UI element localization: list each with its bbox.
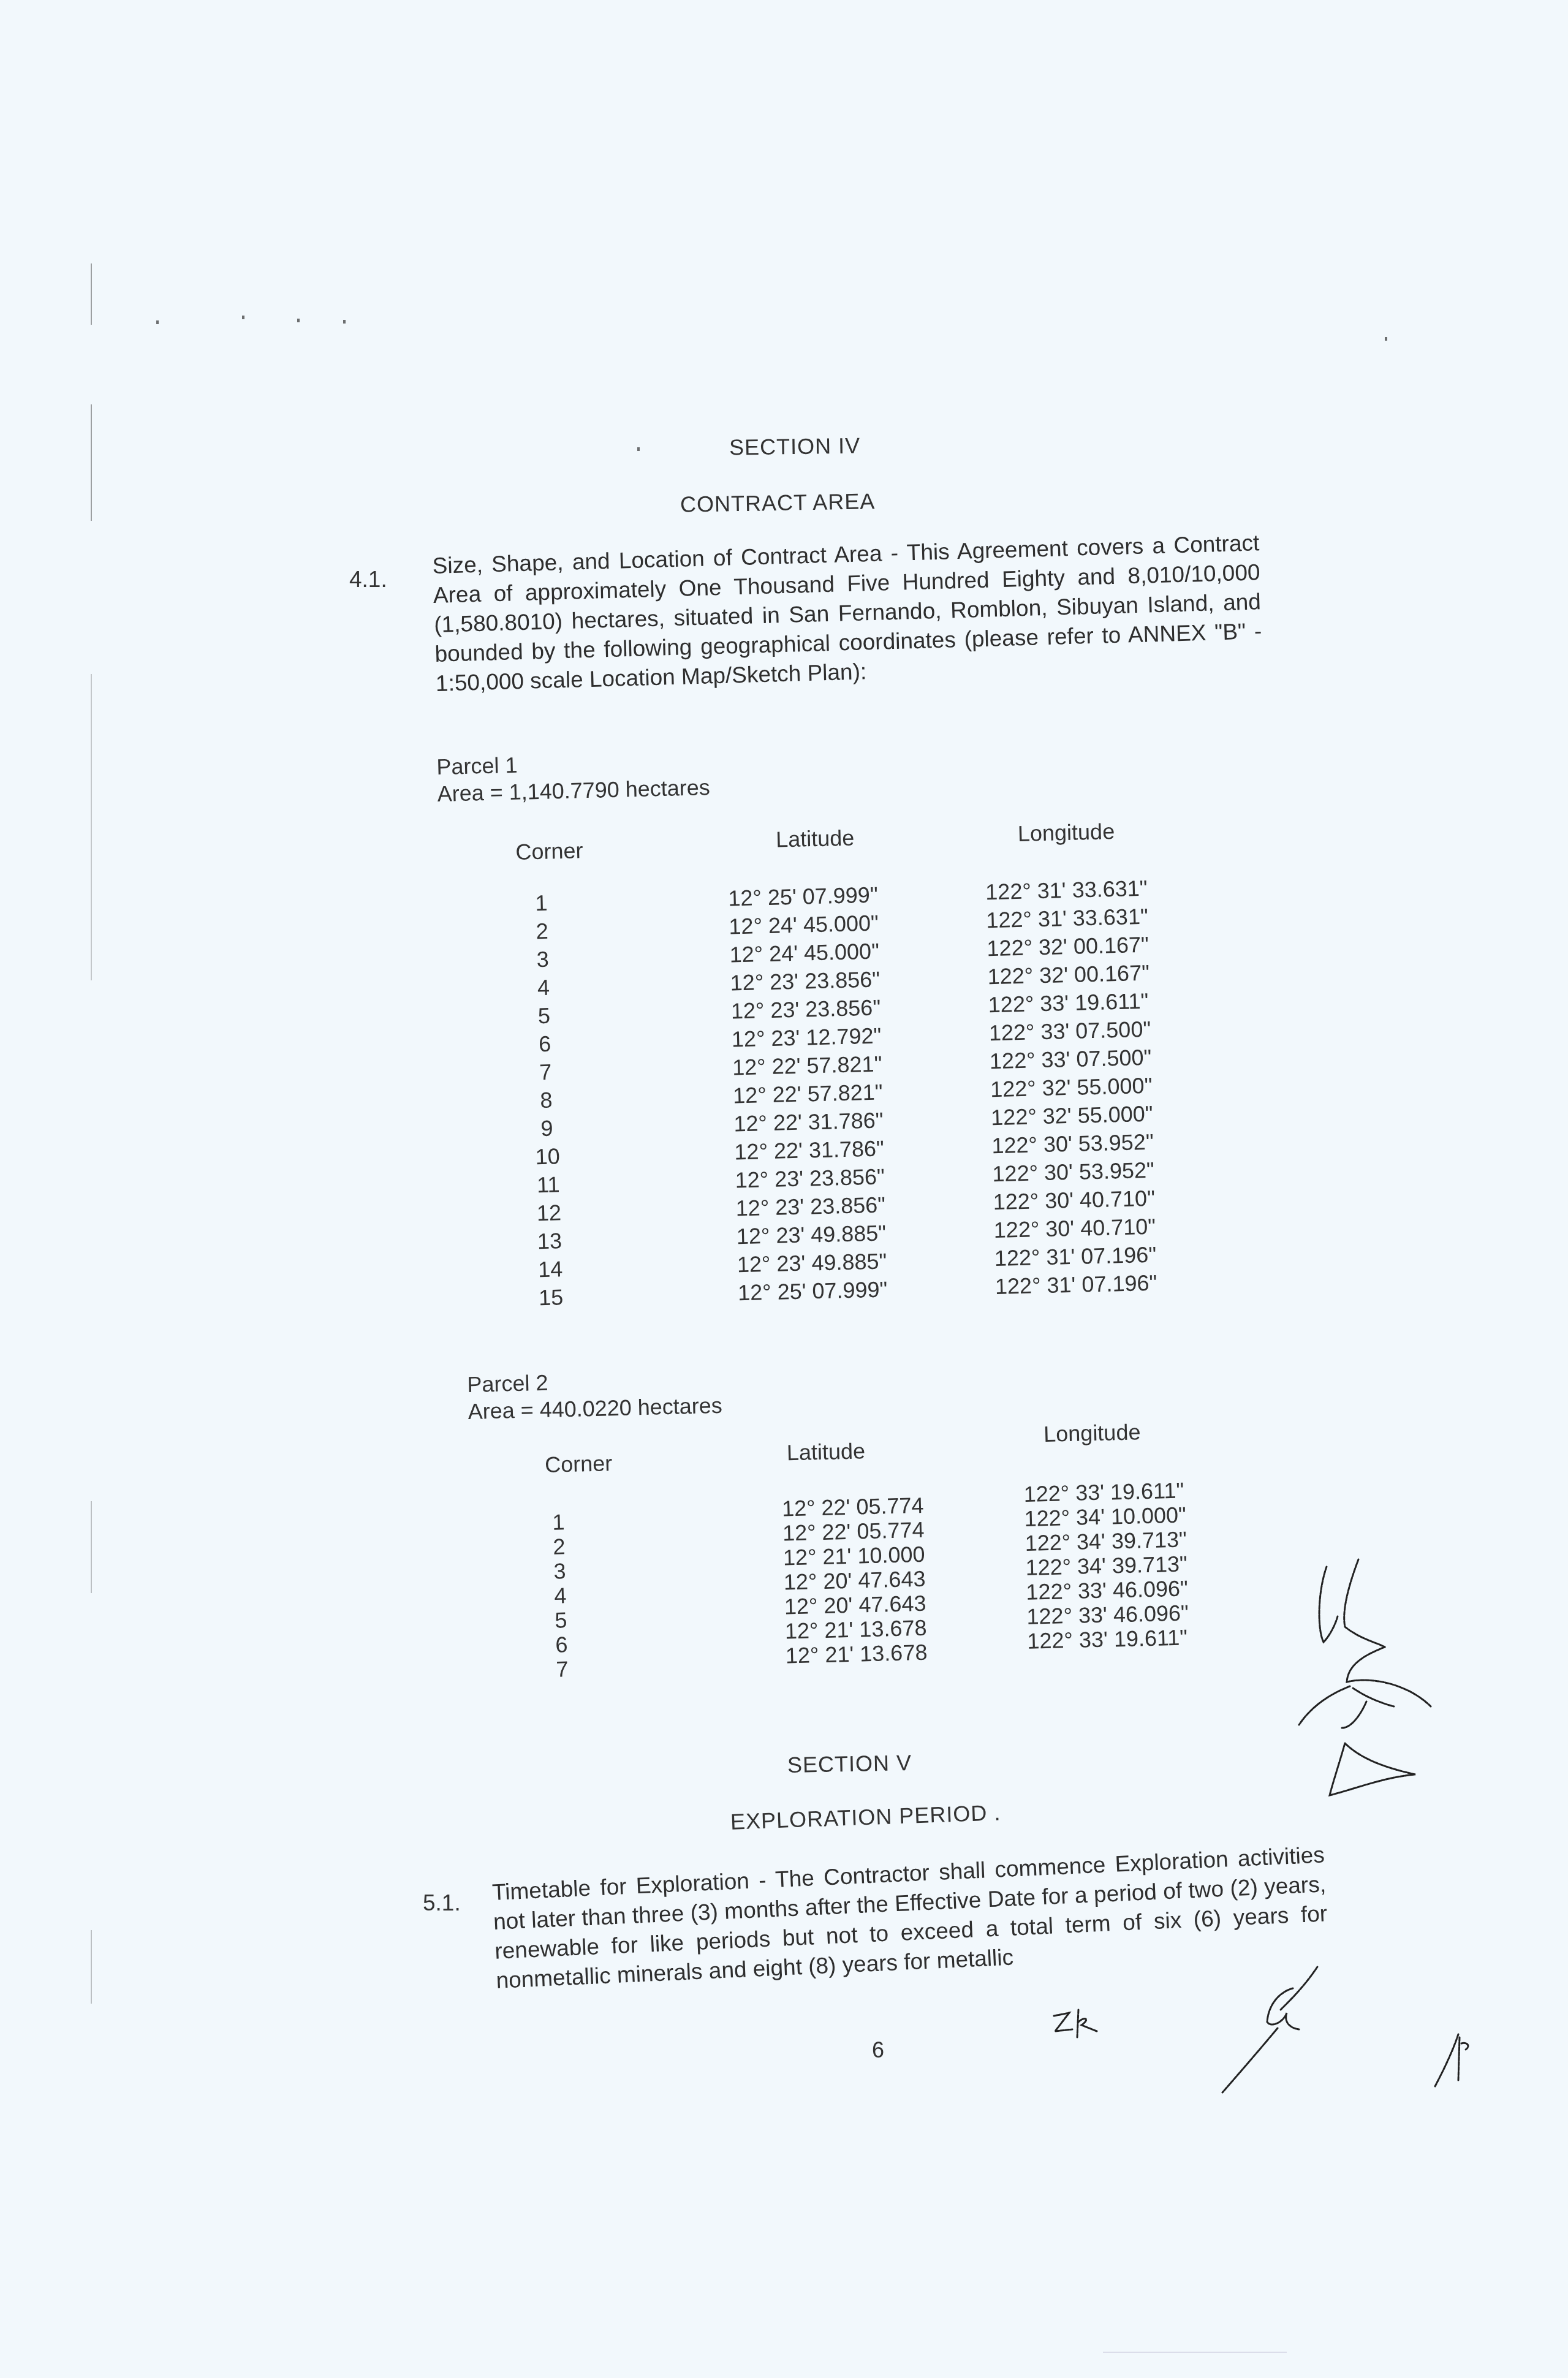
latitude-cell: 12° 23' 23.856" (730, 966, 880, 998)
corner-cell: 7 (550, 1657, 575, 1682)
latitude-header: Latitude (776, 825, 855, 852)
latitude-cell: 12° 22' 57.821" (732, 1050, 882, 1081)
corner-cell: 2 (529, 917, 555, 945)
latitude-cell: 12° 22' 31.786" (733, 1106, 884, 1138)
corner-cell: 5 (548, 1608, 574, 1633)
latitude-cell: 12° 20' 47.643 (784, 1567, 926, 1595)
longitude-cell: 122° 30' 53.952" (991, 1128, 1154, 1160)
latitude-column: 12° 25' 07.999"12° 24' 45.000"12° 24' 45… (728, 881, 888, 1308)
latitude-cell: 12° 21' 10.000 (783, 1542, 925, 1570)
latitude-cell: 12° 22' 31.786" (734, 1134, 884, 1166)
latitude-cell: 12° 20' 47.643 (784, 1591, 926, 1619)
longitude-cell: 122° 30' 53.952" (992, 1156, 1154, 1188)
speck (242, 316, 244, 319)
corner-header: Corner (515, 838, 583, 865)
longitude-cell: 122° 31' 07.196" (994, 1269, 1157, 1301)
longitude-cell: 122° 33' 19.611" (988, 987, 1150, 1019)
longitude-cell: 122° 33' 07.500" (988, 1015, 1151, 1047)
parcel-2-coordinates-table: Corner Latitude Longitude 1234567 12° 22… (544, 1416, 1286, 1728)
clause-4-1: Size, Shape, and Location of Contract Ar… (432, 528, 1263, 699)
latitude-cell: 12° 23' 49.885" (737, 1247, 887, 1279)
longitude-column: 122° 33' 19.611"122° 34' 10.000"122° 34'… (1023, 1478, 1189, 1653)
clause-number-4-1: 4.1. (349, 567, 387, 593)
scan-artifact (91, 1501, 92, 1593)
scan-artifact (91, 404, 92, 521)
clause-number-5-1: 5.1. (423, 1890, 461, 1916)
corner-cell: 7 (533, 1058, 558, 1086)
longitude-cell: 122° 33' 19.611" (1027, 1625, 1189, 1653)
parcel-1-area: Area = 1,140.7790 hectares (437, 774, 710, 808)
section-v-title: EXPLORATION PERIOD . (730, 1800, 1001, 1835)
corner-cell: 3 (530, 945, 555, 974)
longitude-cell: 122° 32' 55.000" (991, 1100, 1153, 1132)
latitude-cell: 12° 22' 05.774 (782, 1493, 924, 1521)
clause-5-1-text: Timetable for Exploration - The Contract… (491, 1840, 1329, 1995)
scanned-page: SECTION IV CONTRACT AREA 4.1. Size, Shap… (0, 0, 1568, 2378)
scan-artifact (91, 1930, 92, 2004)
parcel-1: Parcel 1 Area = 1,140.7790 hectares (436, 747, 710, 808)
longitude-cell: 122° 31' 33.631" (986, 903, 1148, 934)
section-iv-title: CONTRACT AREA (680, 488, 876, 518)
corner-cell: 14 (538, 1255, 563, 1284)
longitude-cell: 122° 31' 33.631" (985, 874, 1148, 906)
longitude-cell: 122° 33' 07.500" (989, 1043, 1151, 1075)
signature-center (1207, 1961, 1354, 2102)
corner-cell: 5 (531, 1001, 556, 1030)
clause-4-1-text: Size, Shape, and Location of Contract Ar… (432, 528, 1263, 699)
signature-right (1428, 2028, 1477, 2089)
corner-cell: 12 (536, 1198, 561, 1227)
speck (1385, 337, 1387, 341)
longitude-cell: 122° 30' 40.710" (993, 1213, 1156, 1244)
speck (297, 319, 300, 322)
corner-column: 123456789101112131415 (529, 888, 564, 1312)
corner-cell: 6 (532, 1029, 558, 1058)
longitude-cell: 122° 31' 07.196" (994, 1241, 1156, 1273)
corner-cell: 4 (531, 973, 556, 1002)
latitude-cell: 12° 23' 23.856" (730, 994, 881, 1026)
corner-cell: 2 (547, 1534, 572, 1559)
corner-cell: 6 (549, 1632, 574, 1657)
longitude-header: Longitude (1043, 1419, 1141, 1447)
corner-cell: 1 (529, 888, 554, 917)
latitude-cell: 12° 24' 45.000" (729, 937, 879, 969)
latitude-cell: 12° 22' 05.774 (782, 1518, 925, 1546)
section-iv-heading: SECTION IV (729, 433, 861, 461)
corner-cell: 11 (536, 1170, 561, 1199)
latitude-cell: 12° 21' 13.678 (785, 1616, 927, 1644)
longitude-cell: 122° 32' 00.167" (987, 931, 1149, 963)
latitude-cell: 12° 23' 23.856" (735, 1162, 885, 1194)
parcel-2: Parcel 2 Area = 440.0220 hectares (467, 1365, 722, 1425)
corner-cell: 4 (548, 1583, 573, 1608)
signature-initials-right-margin (1274, 1532, 1458, 1814)
scan-artifact (91, 674, 92, 980)
longitude-cell: 122° 32' 00.167" (987, 959, 1149, 991)
latitude-cell: 12° 25' 07.999" (728, 881, 878, 913)
corner-cell: 3 (547, 1559, 572, 1584)
speck (637, 447, 640, 451)
longitude-cell: 122° 32' 55.000" (990, 1072, 1153, 1104)
clause-5-1: Timetable for Exploration - The Contract… (491, 1840, 1329, 1995)
corner-cell: 15 (539, 1283, 564, 1312)
corner-column: 1234567 (546, 1510, 575, 1682)
corner-cell: 10 (535, 1142, 560, 1171)
corner-cell: 9 (534, 1114, 559, 1143)
speck (156, 320, 159, 324)
speck (343, 320, 346, 324)
latitude-header: Latitude (786, 1438, 865, 1466)
longitude-header: Longitude (1017, 819, 1115, 847)
corner-cell: 13 (537, 1227, 562, 1255)
latitude-cell: 12° 24' 45.000" (729, 909, 879, 941)
corner-cell: 1 (546, 1510, 571, 1535)
parcel-2-area: Area = 440.0220 hectares (468, 1392, 722, 1425)
longitude-cell: 122° 30' 40.710" (993, 1184, 1155, 1216)
initials-zr (1048, 2004, 1127, 2053)
section-v-heading: SECTION V (787, 1750, 912, 1778)
latitude-cell: 12° 25' 07.999" (738, 1275, 888, 1307)
scan-artifact (91, 263, 92, 325)
page-number: 6 (872, 2037, 884, 2063)
latitude-cell: 12° 23' 49.885" (736, 1219, 886, 1251)
latitude-cell: 12° 22' 57.821" (733, 1078, 883, 1110)
latitude-cell: 12° 23' 23.856" (735, 1191, 885, 1222)
parcel-1-coordinates-table: Corner Latitude Longitude 12345678910111… (515, 796, 1293, 1317)
latitude-cell: 12° 23' 12.792" (731, 1021, 881, 1053)
corner-cell: 8 (534, 1086, 559, 1115)
longitude-column: 122° 31' 33.631"122° 31' 33.631"122° 32'… (985, 874, 1157, 1301)
latitude-cell: 12° 21' 13.678 (785, 1640, 927, 1668)
latitude-column: 12° 22' 05.77412° 22' 05.77412° 21' 10.0… (782, 1493, 928, 1668)
scan-edge-artifact (1103, 2352, 1287, 2353)
corner-header: Corner (545, 1450, 613, 1478)
